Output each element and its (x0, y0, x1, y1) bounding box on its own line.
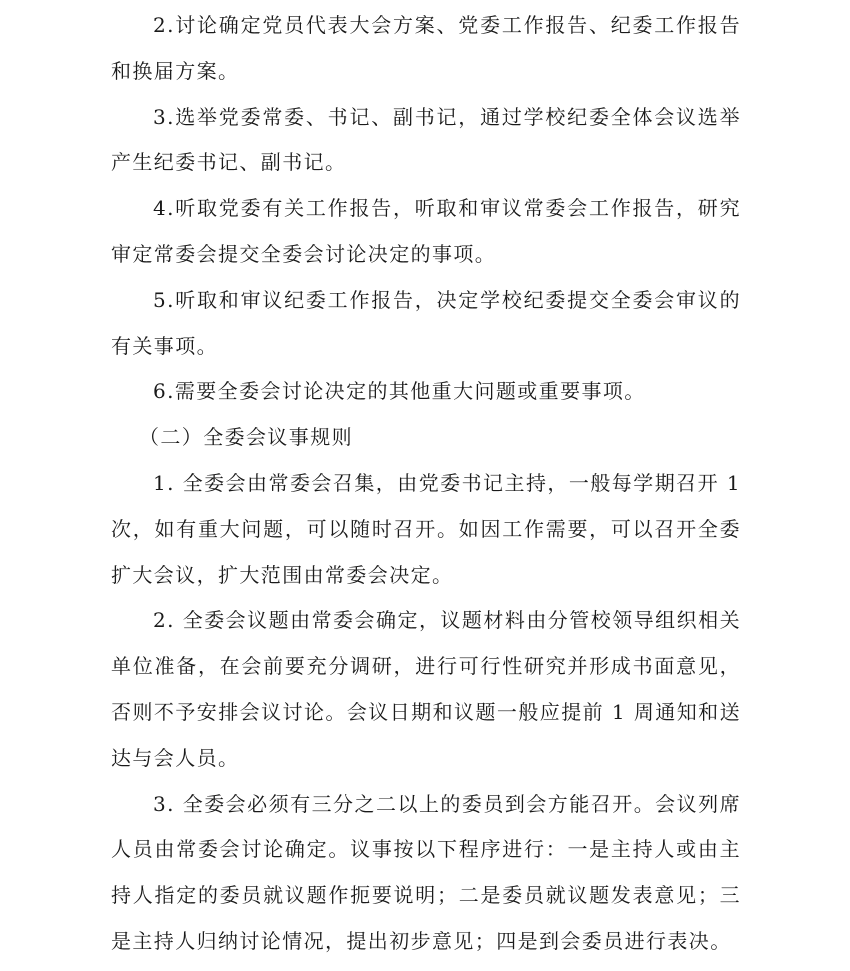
rule-paragraph-3: 3. 全委会必须有三分之二以上的委员到会方能召开。会议列席人员由常委会讨论确定。… (111, 782, 741, 965)
rule-paragraph-1: 1. 全委会由常委会召集，由党委书记主持，一般每学期召开 1 次，如有重大问题，… (111, 461, 741, 598)
paragraph-item-6: 6.需要全委会讨论决定的其他重大问题或重要事项。 (111, 369, 741, 415)
document-page: 2.讨论确定党员代表大会方案、党委工作报告、纪委工作报告和换届方案。 3.选举党… (111, 0, 741, 965)
paragraph-item-5: 5.听取和审议纪委工作报告，决定学校纪委提交全委会审议的有关事项。 (111, 278, 741, 370)
rule-paragraph-2: 2. 全委会议题由常委会确定，议题材料由分管校领导组织相关单位准备，在会前要充分… (111, 598, 741, 781)
paragraph-item-3: 3.选举党委常委、书记、副书记，通过学校纪委全体会议选举产生纪委书记、副书记。 (111, 95, 741, 187)
section-heading: （二）全委会议事规则 (111, 415, 741, 461)
paragraph-item-4: 4.听取党委有关工作报告，听取和审议常委会工作报告，研究审定常委会提交全委会讨论… (111, 186, 741, 278)
paragraph-item-2: 2.讨论确定党员代表大会方案、党委工作报告、纪委工作报告和换届方案。 (111, 3, 741, 95)
